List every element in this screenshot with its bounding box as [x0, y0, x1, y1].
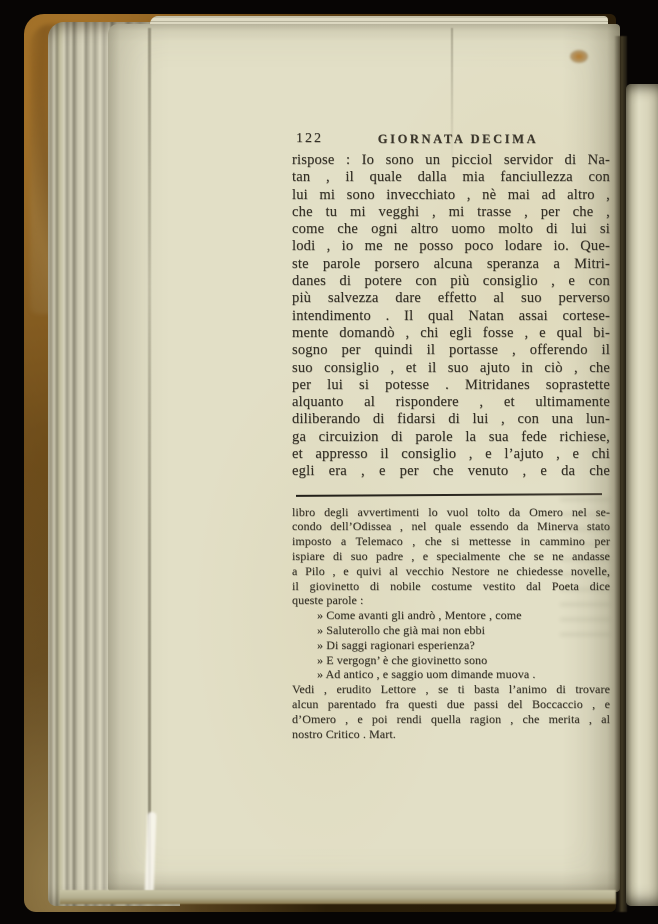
text-line: » Ad antico , e saggio uom dimande muova… [292, 667, 610, 682]
text-line: » E vergogn’ è che giovinetto sono [292, 653, 610, 668]
text-line: » Di saggi ragionari esperienza? [292, 638, 610, 653]
text-line: » Saluterollo che già mai non ebbi [292, 623, 610, 638]
running-title: GIORNATA DECIMA [292, 128, 610, 147]
bottom-page-edge [60, 890, 616, 904]
page-crease [148, 28, 151, 890]
text-line: diliberando di fidarsi di lui , con una … [292, 411, 610, 428]
text-line: ste parole porsero alcuna speranza a Mit… [292, 256, 610, 273]
text-line: condo dell’Odissea , nel quale essendo d… [292, 519, 610, 534]
text-line: mente domandò , chi egli fosse , e qual … [292, 325, 610, 342]
text-line: ga circuizion di parole la sua fede rich… [292, 429, 610, 446]
text-line: et appresso il consiglio , e l’ajuto , e… [292, 446, 610, 463]
text-line: suo consiglio , et il suo ajuto in ciò ,… [292, 360, 610, 377]
footnote-separator-rule [296, 493, 602, 497]
page-header: 122 GIORNATA DECIMA [292, 128, 610, 150]
footnote-closing: Vedi , erudito Lettore , se ti basta l’a… [292, 682, 610, 741]
text-line: Vedi , erudito Lettore , se ti basta l’a… [292, 682, 610, 697]
text-line: più salvezza dare effetto al suo pervers… [292, 290, 610, 307]
text-line: libro degli avvertimenti lo vuol tolto d… [292, 505, 610, 520]
text-line: lodi , io me ne posso poco lodare io. Qu… [292, 238, 610, 255]
footnote-verses: » Come avanti gli andrò , Mentore , come… [292, 608, 610, 682]
text-line: nostro Critico . Mart. [292, 727, 610, 742]
text-line: intendimento . Il qual Natan assai corte… [292, 308, 610, 325]
footnote: libro degli avvertimenti lo vuol tolto d… [292, 505, 610, 742]
cover-fleck [570, 50, 588, 63]
text-line: per lui si potesse . Mitridanes sopraste… [292, 377, 610, 394]
text-line: danes di potere con più consiglio , e co… [292, 273, 610, 290]
text-line: ispiare di suo padre , e specialmente ch… [292, 549, 610, 564]
text-line: tan , il quale dalla mia fanciullezza co… [292, 169, 610, 186]
text-line: imposto a Telemaco , che si mettesse in … [292, 534, 610, 549]
text-line: rispose : Io sono un picciol servidor di… [292, 152, 610, 169]
page-number: 122 [296, 131, 323, 147]
book-photo: { "document": { "page_number": "122", "r… [0, 0, 658, 924]
text-line: il giovinetto di nobile costume vestito … [292, 579, 610, 594]
body-text: rispose : Io sono un picciol servidor di… [292, 152, 610, 481]
text-line: alcun parentado fra questi due passi del… [292, 697, 610, 712]
printed-text-block: 122 GIORNATA DECIMA rispose : Io sono un… [292, 128, 610, 741]
text-line: alquanto al rispondere , et ultimamente [292, 394, 610, 411]
text-line: come che ogni altro uomo molto di lui si [292, 221, 610, 238]
text-line: egli era , e per che venuto , e da che [292, 463, 610, 480]
facing-page-edge [626, 84, 658, 906]
text-line: » Come avanti gli andrò , Mentore , come [292, 608, 610, 623]
text-line: lui mi sono invecchiato , nè mai ad altr… [292, 187, 610, 204]
text-line: d’Omero , e poi rendi quella ragion , ch… [292, 712, 610, 727]
text-line: che tu mi vegghi , mi trasse , per che , [292, 204, 610, 221]
footnote-paragraph: libro degli avvertimenti lo vuol tolto d… [292, 505, 610, 609]
text-line: sogno per quindi il portasse , offerendo… [292, 342, 610, 359]
text-line: queste parole : [292, 593, 610, 608]
text-line: a Pilo , e quivi al vecchio Nestore ne c… [292, 564, 610, 579]
